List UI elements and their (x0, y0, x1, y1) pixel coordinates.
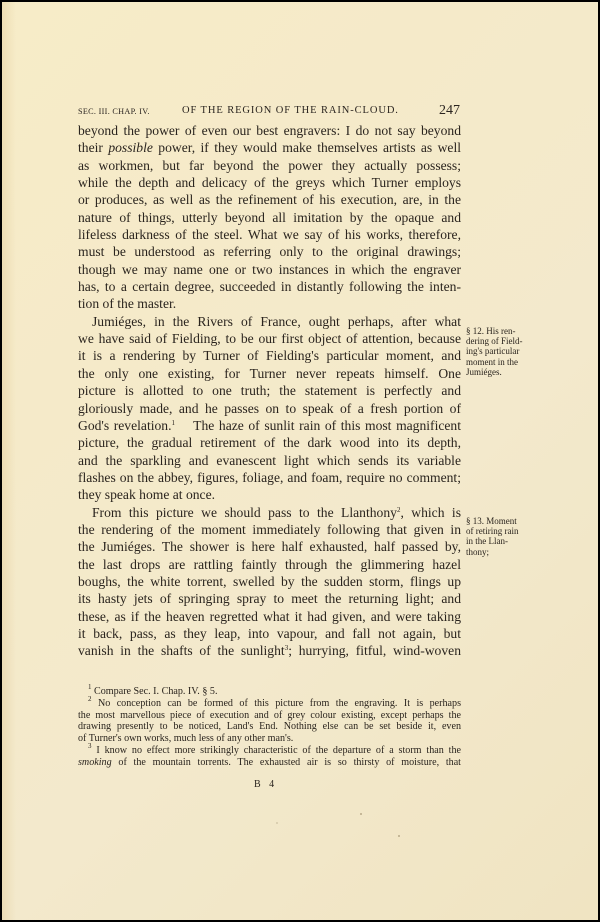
text-line: the last drops are rattling faintly thro… (78, 556, 461, 573)
sidenote-section-12: § 12. His ren- dering of Field- ing's pa… (466, 326, 546, 377)
sidenote-line: of retiring rain (466, 526, 546, 536)
text-fragment: From this picture we should pass to the … (92, 505, 397, 520)
text-fragment: , which is (400, 505, 461, 520)
text-fragment: The haze of sunlit rain of this most mag… (193, 418, 461, 433)
sidenote-line: in the Llan- (466, 536, 546, 546)
sidenote-line: moment in the (466, 357, 546, 367)
footnote-text: No conception can be formed of this pict… (98, 698, 461, 709)
emphasis-possible: possible (108, 140, 153, 155)
paper-speck (276, 822, 278, 824)
text-line: From this picture we should pass to the … (78, 504, 461, 521)
text-line: beyond the power of even our best engrav… (78, 122, 461, 139)
printer-signature: B 4 (254, 779, 277, 790)
text-line: though we may name one or two instances … (78, 261, 461, 278)
footnote-text: I know no effect more strikingly charact… (96, 745, 461, 756)
text-line: vanish in the shafts of the sunlight3; h… (78, 642, 461, 659)
text-line: or produces, as well as the refinement o… (78, 191, 461, 208)
footnote-marker: 1 (88, 683, 92, 691)
text-line: the rendering of the moment immediately … (78, 521, 461, 538)
header-title: Of the Region of the Rain-Cloud. (182, 105, 399, 116)
text-line: has, to a certain degree, succeeded in d… (78, 278, 461, 295)
text-line: picture is allotted to one truth; the st… (78, 382, 461, 399)
text-line: Jumiéges, in the Rivers of France, ought… (78, 313, 461, 330)
text-line: gloriously made, and he passes on to spe… (78, 400, 461, 417)
text-line: and the sparkling and evanescent light w… (78, 452, 461, 469)
text-line: its hasty jets of springing spray to mee… (78, 590, 461, 607)
footnote-line: drawing presently to be noticed, Land's … (78, 721, 461, 733)
footnote-text: of the mountain torrents. The exhausted … (118, 757, 461, 768)
sidenote-line: dering of Field- (466, 336, 546, 346)
footnote-marker: 3 (88, 742, 92, 750)
footnote-line: of Turner's own works, much less of any … (78, 733, 461, 745)
footnotes: 1 Compare Sec. I. Chap. IV. § 5. 2 No co… (78, 686, 461, 769)
text-fragment: ; hurrying, fitful, wind-woven (288, 643, 461, 658)
text-line: God's revelation.1 The haze of sunlit ra… (78, 417, 461, 434)
text-line: the Jumiéges. The shower is here half ex… (78, 538, 461, 555)
text-fragment: their (78, 140, 103, 155)
text-line: it back, pass, as they leap, into vapour… (78, 625, 461, 642)
sidenote-line: ing's particular (466, 346, 546, 356)
footnote-text: Compare Sec. I. Chap. IV. § 5. (94, 686, 217, 697)
book-page: Sec. III. Chap. IV. Of the Region of the… (2, 2, 598, 920)
text-line: their possible power, if they would make… (78, 139, 461, 156)
text-line: we have said of Fielding, to be our firs… (78, 330, 461, 347)
sidenote-line: § 13. Moment (466, 516, 546, 526)
text-fragment: vanish in the shafts of the sunlight (78, 643, 285, 658)
emphasis-smoking: smoking (78, 757, 112, 768)
footnote-marker: 2 (88, 695, 92, 703)
paper-speck (360, 813, 362, 815)
text-line: these, as if the heaven regretted what i… (78, 608, 461, 625)
sidenote-line: Jumiéges. (466, 367, 546, 377)
header-section: Sec. III. Chap. IV. (78, 107, 150, 116)
text-line: flashes on the abbey, figures, foliage, … (78, 469, 461, 486)
text-line: lifeless darkness of the steel. What we … (78, 226, 461, 243)
footnote-line: the most marvellous piece of execution a… (78, 710, 461, 722)
footnote-2: 2 No conception can be formed of this pi… (78, 698, 461, 710)
text-line: it is a rendering by Turner of Fielding'… (78, 347, 461, 364)
footnote-1: 1 Compare Sec. I. Chap. IV. § 5. (78, 686, 461, 698)
sidenote-section-13: § 13. Moment of retiring rain in the Lla… (466, 516, 546, 557)
text-line: must be understood as referring only to … (78, 243, 461, 260)
body-text: beyond the power of even our best engrav… (78, 122, 461, 660)
text-line: while the depth and delicacy of the grey… (78, 174, 461, 191)
footnote-3: 3 I know no effect more strikingly chara… (78, 745, 461, 757)
text-fragment: God's revelation. (78, 418, 172, 433)
text-fragment: power, if they would make themselves art… (158, 140, 461, 155)
text-line: tion of the master. (78, 295, 461, 312)
text-line: as workmen, but far beyond the power the… (78, 157, 461, 174)
text-line: they speak home at once. (78, 486, 461, 503)
footnote-ref-1[interactable]: 1 (172, 419, 176, 427)
paper-speck (398, 835, 400, 837)
sidenote-line: thony; (466, 547, 546, 557)
text-line: boughs, the white torrent, swelled by th… (78, 573, 461, 590)
page-number: 247 (439, 103, 460, 119)
running-header: Sec. III. Chap. IV. Of the Region of the… (78, 104, 460, 120)
text-line: nature of things, utterly beyond all imi… (78, 209, 461, 226)
text-line: the only one existing, for Turner never … (78, 365, 461, 382)
footnote-line: smoking of the mountain torrents. The ex… (78, 757, 461, 769)
sidenote-line: § 12. His ren- (466, 326, 546, 336)
text-line: picture, the gradual retirement of the d… (78, 434, 461, 451)
